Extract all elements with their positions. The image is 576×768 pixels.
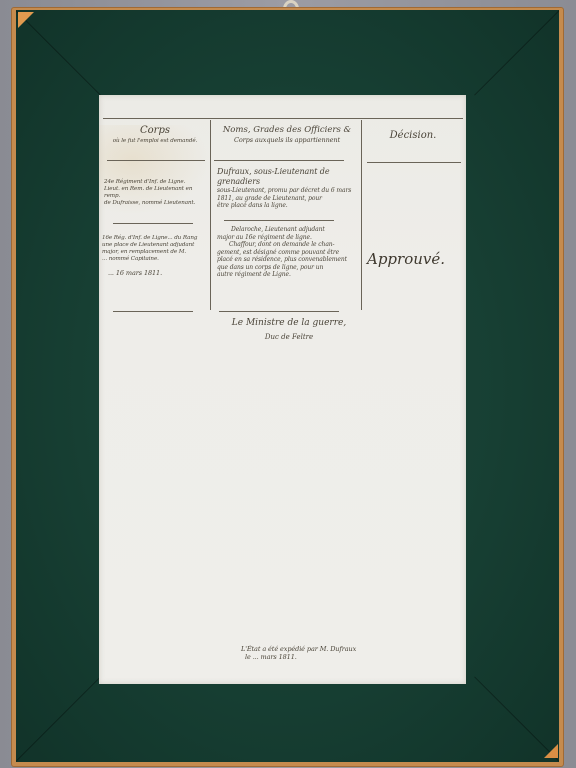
footer-note: L'État a été expédié par M. Dufraux le .… (241, 645, 421, 661)
row2-officers-line: gement, est désigné comme pouvant être (217, 249, 359, 257)
rule (214, 160, 344, 161)
frame-corner-tab (18, 12, 34, 28)
row2-corps-line: 16e Rég. d'Inf. de Ligne... du Rang (102, 235, 208, 242)
header-officers-line2: Corps auxquels ils appartiennent (215, 136, 359, 144)
row2-officers-line: que dans un corps de ligne, pour un (217, 264, 359, 272)
row2-corps: 16e Rég. d'Inf. de Ligne... du Rang une … (102, 235, 208, 277)
rule (224, 220, 334, 221)
signature-block: Le Ministre de la guerre, Duc de Feltre (209, 318, 369, 342)
row1-officers: Dufraux, sous-Lieutenant de grenadiers s… (217, 167, 359, 210)
row2-officers-line: placé en sa résidence, plus convenableme… (217, 256, 359, 264)
row2-officers-line: Delaroche, Lieutenant adjudant (217, 226, 359, 234)
row2-corps-line: ... nommé Capitaine. (102, 256, 208, 263)
row1-officers-line: Dufraux, sous-Lieutenant de grenadiers (217, 167, 359, 187)
header-decision: Décision. (365, 130, 461, 143)
frame-corner-tab (544, 744, 558, 758)
mat-miter-line (474, 10, 559, 96)
footer-note-line2: le ... mars 1811. (241, 653, 421, 661)
row2-officers-line: Chaffour, dont on demande le chan- (217, 241, 359, 249)
header-decision-text: Décision. (365, 130, 461, 143)
row2-date: ... 16 mars 1811. (102, 269, 208, 277)
row2-officers-line: major au 16e régiment de ligne. (217, 234, 359, 242)
row2-officers-line: autre régiment de Ligne. (217, 271, 359, 279)
rule (219, 311, 339, 312)
decision-approved: Approuvé. (367, 250, 463, 269)
header-corps-line1: Corps (103, 125, 207, 138)
row1-corps: 24e Régiment d'Inf. de Ligne. Lieut. en … (104, 179, 208, 207)
signature-title: Le Ministre de la guerre, (209, 318, 369, 329)
rule (107, 160, 205, 161)
rule (113, 223, 193, 224)
column-divider (210, 120, 211, 310)
row2-officers: Delaroche, Lieutenant adjudant major au … (217, 226, 359, 279)
row1-officers-line: être placé dans la ligne. (217, 202, 359, 210)
row1-corps-line: 24e Régiment d'Inf. de Ligne. (104, 179, 208, 186)
row1-corps-line: Lieut. en Rem. de Lieutenant en remp. (104, 186, 208, 200)
mat-miter-line (16, 676, 101, 762)
header-corps-line2: où le fut l'emploi est demandé. (103, 138, 207, 145)
row2-corps-line: une place de Lieutenant adjudant (102, 242, 208, 249)
document-paper: Corps où le fut l'emploi est demandé. No… (99, 95, 466, 684)
row1-officers-line: sous-Lieutenant, promu par décret du 6 m… (217, 187, 359, 195)
row1-officers-line: 1811, au grade de Lieutenant, pour (217, 195, 359, 203)
signature-name: Duc de Feltre (209, 333, 369, 342)
header-top-rule (103, 118, 463, 119)
footer-note-line1: L'État a été expédié par M. Dufraux (241, 645, 421, 653)
row2-corps-line: major, en remplacement de M. (102, 249, 208, 256)
header-officers-line1: Noms, Grades des Officiers & (215, 125, 359, 136)
header-officers: Noms, Grades des Officiers & Corps auxqu… (215, 125, 359, 144)
rule (113, 311, 193, 312)
column-divider (361, 120, 362, 310)
header-corps: Corps où le fut l'emploi est demandé. (103, 125, 207, 144)
row1-corps-line: de Dufraisse, nommé Lieutenant. (104, 200, 208, 207)
rule (367, 162, 461, 163)
